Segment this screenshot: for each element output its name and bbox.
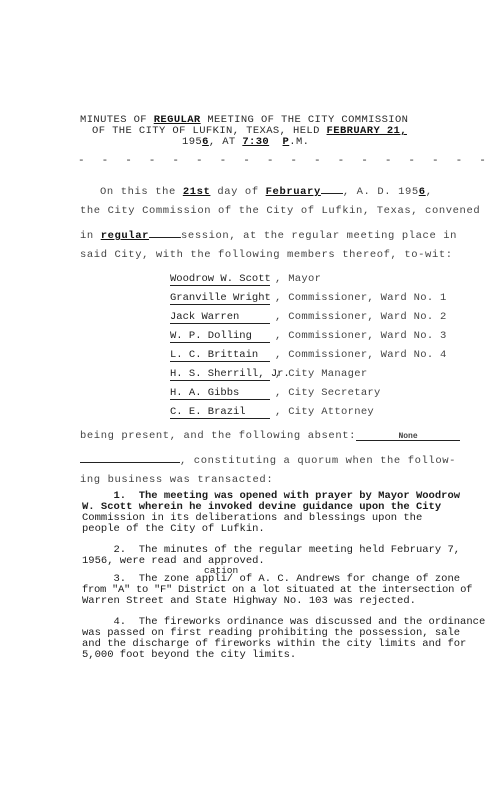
quorum-text: , constituting a quorum when the follow- (180, 455, 456, 467)
intro-line-2: the City Commission of the City of Lufki… (80, 205, 480, 218)
member-title: , Commissioner, Ward No. 3 (275, 330, 447, 342)
meeting-date: FEBRUARY 21, (327, 125, 407, 137)
intro-text: day of (210, 186, 265, 198)
member-title: , Commissioner, Ward No. 2 (275, 311, 447, 323)
document-page: MINUTES OF REGULAR MEETING OF THE CITY C… (0, 0, 486, 800)
blank-line (321, 183, 343, 194)
member-name: Woodrow W. Scott (170, 273, 270, 286)
intro-line-4: said City, with the following members th… (80, 249, 453, 262)
blank-line (149, 227, 181, 238)
member-title: , City Secretary (275, 387, 381, 399)
meeting-time: 7:30 (242, 136, 269, 148)
intro-text: On this the (100, 186, 183, 198)
session-type: regular (101, 230, 149, 242)
intro-text: session, at the regular meeting place in (181, 230, 457, 242)
item-line: Warren Street and State Highway No. 103 … (82, 596, 460, 607)
member-name: W. P. Dolling (170, 330, 270, 343)
header-divider: - - - - - - - - - - - - - - - - - - - - … (78, 155, 486, 167)
year-prefix: 195 (182, 136, 202, 148)
quorum-line-3: ing business was transacted: (80, 474, 273, 487)
member-name: H. A. Gibbs (170, 387, 270, 400)
quorum-text: being present, and the following absent: (80, 430, 356, 442)
intro-month: February (266, 186, 321, 198)
header-text: , AT (209, 136, 243, 148)
blank-line (80, 452, 180, 463)
member-title: , City Attorney (275, 406, 374, 418)
member-title: , Mayor (275, 273, 321, 285)
member-name: H. S. Sherrill, Jr. (170, 368, 270, 381)
quorum-line-2: , constituting a quorum when the follow- (80, 452, 456, 468)
intro-line-1: On this the 21st day of February, A. D. … (100, 183, 433, 199)
quorum-line-1: being present, and the following absent:… (80, 430, 460, 443)
year-digit: 6 (202, 136, 209, 148)
intro-text: , A. D. 195 (343, 186, 419, 198)
intro-text: , (426, 186, 433, 198)
member-name: L. C. Brittain (170, 349, 270, 362)
member-title: , Commissioner, Ward No. 4 (275, 349, 447, 361)
member-title: , City Manager (275, 368, 367, 380)
header-line-3: 1956, AT 7:30 P.M. (182, 136, 309, 149)
intro-day: 21st (183, 186, 211, 198)
member-title: , Commissioner, Ward No. 1 (275, 292, 447, 304)
member-name: C. E. Brazil (170, 406, 270, 419)
absent-field: None (356, 430, 460, 441)
intro-line-3: in regularsession, at the regular meetin… (80, 227, 457, 243)
header-text: .M. (289, 136, 309, 148)
member-name: Jack Warren (170, 311, 270, 324)
item-line: people of the City of Lufkin. (82, 524, 460, 535)
intro-year-digit: 6 (419, 186, 426, 198)
member-name: Granville Wright (170, 292, 270, 305)
intro-text: in (80, 230, 101, 242)
item-line: 5,000 foot beyond the city limits. (82, 650, 460, 661)
